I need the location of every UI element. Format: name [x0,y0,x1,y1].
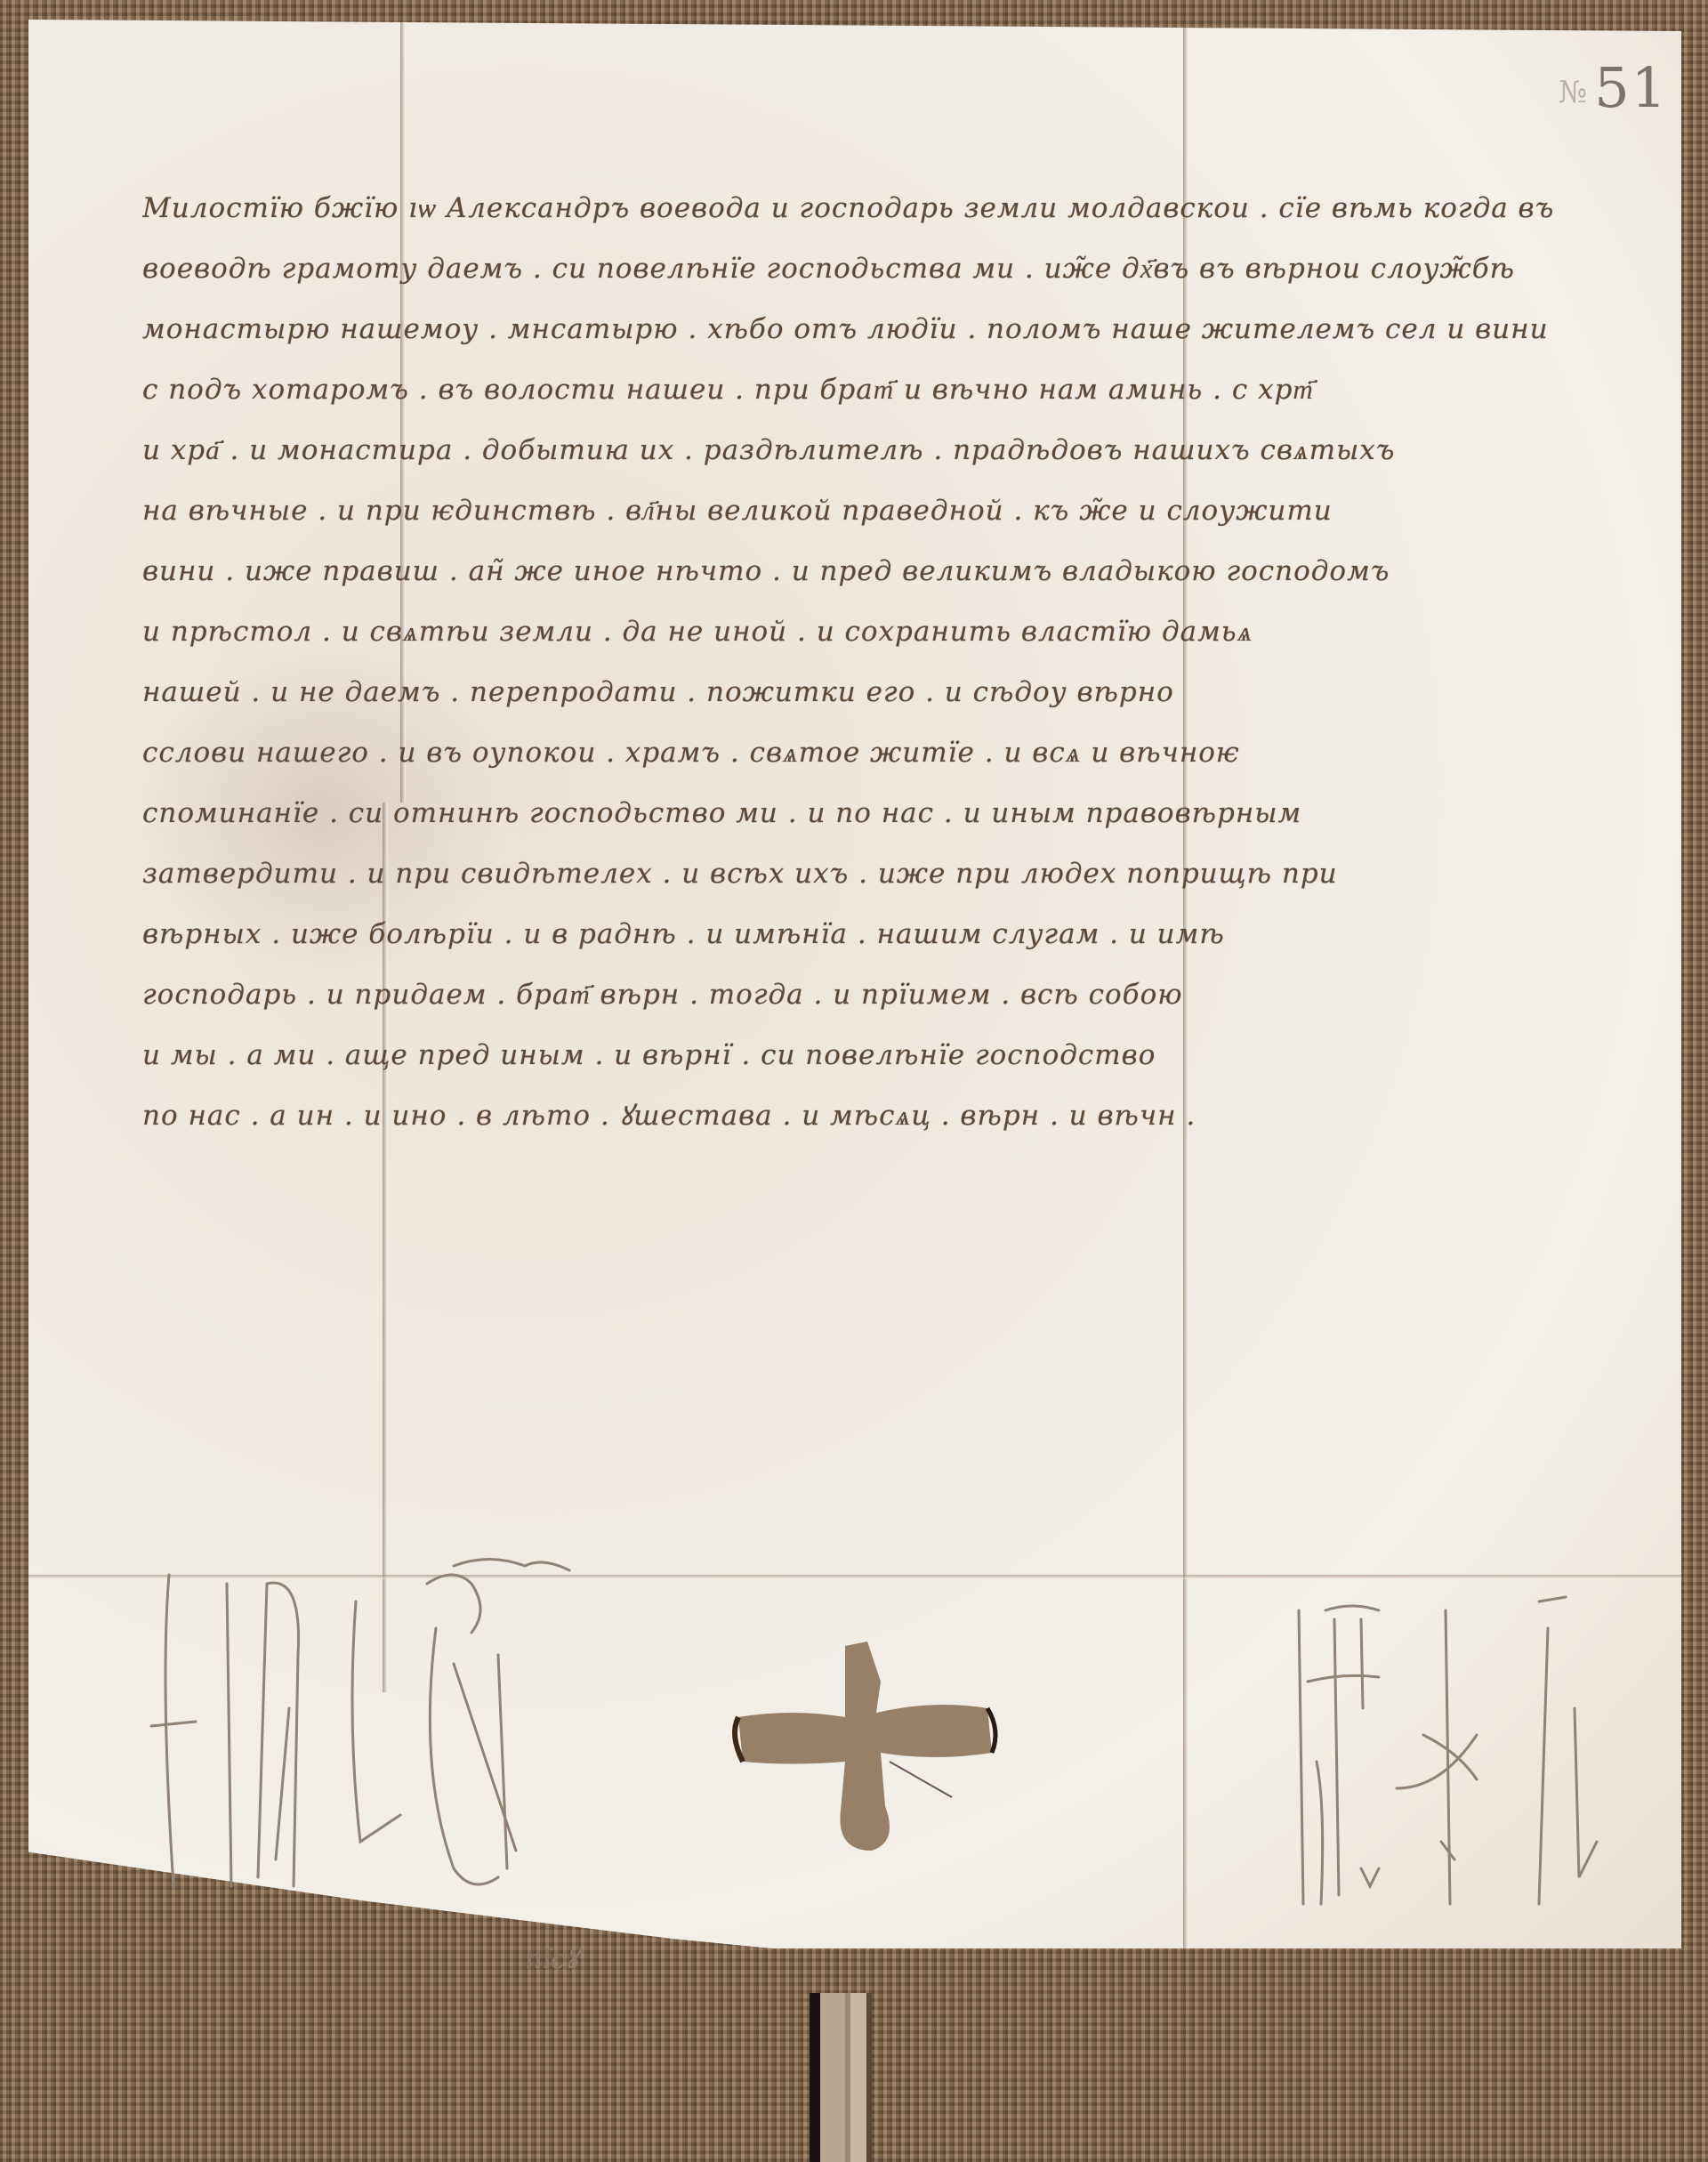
left-monogram-signature [133,1548,632,1904]
text-line: и прѣстол . и свѧтѣи земли . да не иной … [142,601,1610,662]
text-line: затвердити . и при свидѣтелех . и всѣх и… [142,843,1610,904]
text-line: Милостїю бжїю ıѡ Александръ воевода и го… [142,178,1610,238]
text-line: споминанїе . си отнинѣ господьство ми . … [142,783,1610,843]
text-line: вѣрных . иже болѣрїи . и в раднѣ . и имѣ… [142,904,1610,964]
text-line: воеводѣ грамоту даемъ . си повелѣнїе гос… [142,238,1610,299]
seal-cord [810,1993,872,2162]
text-line: по нас . а ин . и ино . в лѣто . ꙋшестав… [142,1085,1610,1146]
text-line: с подъ хотаромъ . въ волости нашеи . при… [142,359,1610,420]
right-monogram-signature [1263,1575,1637,1913]
manuscript-text: Милостїю бжїю ıѡ Александръ воевода и го… [142,178,1610,1146]
text-line: монастырю нашемоу . мнсатырю . хѣбо отъ … [142,299,1610,359]
text-line: господарь . и придаем . брат҃ вѣрн . тог… [142,964,1610,1025]
wax-seal-cross [721,1628,1005,1859]
document-number: №51 [1559,55,1668,120]
text-line: и хра҃ . и монастира . добытиꙗ их . разд… [142,420,1610,480]
text-line: и мы . а ми . аще пред иным . и вѣрнї . … [142,1025,1610,1085]
text-line: нашей . и не даемъ . перепродати . пожит… [142,662,1610,722]
text-line: вини . иже правиш . ан̃ же иное нѣчто . … [142,541,1610,601]
text-line: на вѣчные . и при ѥдинствѣ . вл҃ны велик… [142,480,1610,541]
number-value: 51 [1594,55,1668,120]
archival-mark: пїсꙋ [525,1940,578,1976]
text-line: сслови нашего . и въ оупокои . храмъ . с… [142,722,1610,783]
number-prefix: № [1559,75,1589,110]
